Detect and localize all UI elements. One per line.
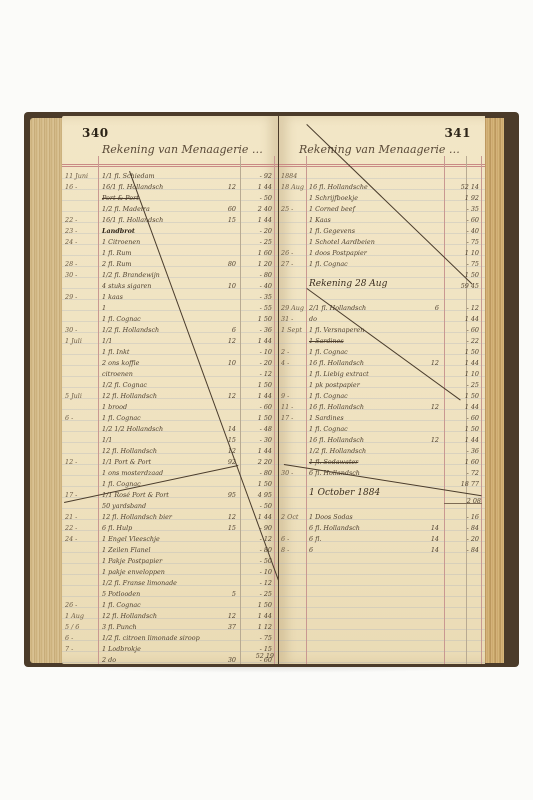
entry-quantity: 5 bbox=[212, 590, 236, 598]
entry-amount: 1 44 bbox=[242, 183, 272, 191]
right-page: 341 Rekening van Menaagerie … 188418 Aug… bbox=[279, 116, 485, 664]
entry-amount: 1 60 bbox=[445, 458, 479, 466]
entry-description: 1 Zeilen Flanel bbox=[102, 546, 151, 554]
ledger-row: 1 Zeilen Flanel- 80 bbox=[62, 545, 278, 556]
entry-description: 12 fl. Hollandsch bbox=[102, 612, 157, 620]
entry-description: 6 fl. bbox=[309, 535, 321, 543]
entry-description: 12 fl. Hollandsch bier bbox=[102, 513, 172, 521]
header-rule bbox=[279, 164, 485, 165]
ledger-row: 29 -1 kaas- 35 bbox=[62, 292, 278, 303]
ledger-row: 16 fl. Hollandsch121 44 bbox=[279, 435, 485, 446]
entry-amount: - 12 bbox=[242, 579, 272, 587]
entry-amount: - 84 bbox=[445, 524, 479, 532]
ledger-row: 1 fl. Liebig extract1 10 bbox=[279, 369, 485, 380]
entry-description: citroenen bbox=[102, 370, 133, 378]
entry-description: 1/2 1/2 Hollandsch bbox=[102, 425, 163, 433]
page-heading: Rekening van Menaagerie … bbox=[102, 143, 263, 156]
entry-description: 1 Kaas bbox=[309, 216, 331, 224]
entry-amount: - 92 bbox=[242, 172, 272, 180]
page-total: 2 08 bbox=[429, 496, 481, 507]
entry-amount: - 60 bbox=[445, 414, 479, 422]
entry-date: 26 - bbox=[65, 601, 95, 609]
entry-description: 2 fl. Rum bbox=[102, 260, 131, 268]
entry-amount: 1 92 bbox=[445, 194, 479, 202]
entry-date: 22 - bbox=[65, 524, 95, 532]
ledger-row: 22 -6 fl. Hulp15- 90 bbox=[62, 523, 278, 534]
entry-date: 18 Aug bbox=[281, 183, 311, 191]
header-rule bbox=[62, 164, 278, 165]
ledger-row: Port & Port- 50 bbox=[62, 193, 278, 204]
ledger-row: 5 Potlooden5- 25 bbox=[62, 589, 278, 600]
entry-amount: - 30 bbox=[242, 436, 272, 444]
entry-quantity: 14 bbox=[409, 546, 439, 554]
entry-amount: - 36 bbox=[445, 447, 479, 455]
entry-description: 1 fl. Versnaperen bbox=[309, 326, 364, 334]
entry-date: 23 - bbox=[65, 227, 95, 235]
entry-amount: - 50 bbox=[242, 502, 272, 510]
entry-date: 21 - bbox=[65, 513, 95, 521]
ledger-row: 1 fl. Sodawater1 60 bbox=[279, 457, 485, 468]
entry-description: 1/2 fl. citroen limonade siroop bbox=[102, 634, 200, 642]
entry-amount: - 20 bbox=[242, 359, 272, 367]
entry-quantity: 15 bbox=[212, 216, 236, 224]
entry-description: 1 Schotel Aardbeien bbox=[309, 238, 375, 246]
entry-date: 11 - bbox=[281, 403, 311, 411]
page-number: 341 bbox=[444, 126, 471, 140]
header-rule-double bbox=[279, 166, 485, 167]
entry-amount: - 35 bbox=[445, 205, 479, 213]
entry-description: 16 fl. Hollandsch bbox=[309, 403, 364, 411]
entry-date: 17 - bbox=[281, 414, 311, 422]
entry-quantity: 12 bbox=[409, 436, 439, 444]
ledger-row: 30 -6 fl. Hollandsch- 72 bbox=[279, 468, 485, 479]
ledger-entries: 11 Juni1/1 fl. Schiedam- 9216 -16/1 fl. … bbox=[62, 171, 278, 664]
entry-description: 1 fl. Cognac bbox=[102, 414, 141, 422]
ledger-row: 1 fl. Gegevens- 40 bbox=[279, 226, 485, 237]
ledger-row: 29 Aug2/1 fl. Hollandsch6- 12 bbox=[279, 303, 485, 314]
ledger-row: 1 Schotel Aardbeien- 75 bbox=[279, 237, 485, 248]
entry-quantity: 6 bbox=[409, 304, 439, 312]
ledger-row: 1/2 fl. Hollandsch- 36 bbox=[279, 446, 485, 457]
entry-amount: 1 50 bbox=[242, 381, 272, 389]
entry-description: 1/2 fl. Franse limonade bbox=[102, 579, 177, 587]
entry-amount: - 25 bbox=[242, 238, 272, 246]
entry-amount: 1 50 bbox=[242, 414, 272, 422]
entry-quantity: 60 bbox=[212, 205, 236, 213]
ledger-row: 25 -1 Corned beef- 35 bbox=[279, 204, 485, 215]
header-rule-double bbox=[62, 166, 278, 167]
entry-quantity: 15 bbox=[212, 436, 236, 444]
ledger-row: 17 -1 Sardines- 60 bbox=[279, 413, 485, 424]
entry-description: 16 fl. Hollandsche bbox=[309, 183, 368, 191]
entry-amount: 1 44 bbox=[242, 337, 272, 345]
entry-date: 2 Oct bbox=[281, 513, 311, 521]
entry-description: 1 fl. Rum bbox=[102, 249, 131, 257]
ledger-row: 22 -16/1 fl. Hollandsch151 44 bbox=[62, 215, 278, 226]
ledger-row: 1- 55 bbox=[62, 303, 278, 314]
entry-date: 2 - bbox=[281, 348, 311, 356]
entry-description: 12 fl. Hollandsch bbox=[102, 447, 157, 455]
entry-quantity: 14 bbox=[409, 524, 439, 532]
ledger-row: 4 -16 fl. Hollandsch121 44 bbox=[279, 358, 485, 369]
entry-description: 1 Schrijfboekje bbox=[309, 194, 358, 202]
entry-quantity: 12 bbox=[212, 337, 236, 345]
entry-quantity: 12 bbox=[212, 513, 236, 521]
entry-amount: - 12 bbox=[242, 370, 272, 378]
entry-description: 1 Lodbrokje bbox=[102, 645, 141, 653]
entry-description: 1 October 1884 bbox=[309, 488, 380, 498]
entry-description: 1 fl. Cognac bbox=[102, 601, 141, 609]
ledger-row: citroenen- 12 bbox=[62, 369, 278, 380]
entry-description: 6 fl. Hollandsch bbox=[309, 524, 360, 532]
entry-date: 28 - bbox=[65, 260, 95, 268]
entry-amount: - 80 bbox=[242, 271, 272, 279]
entry-amount: 1 44 bbox=[445, 436, 479, 444]
entry-description: 2 ons koffie bbox=[102, 359, 139, 367]
entry-description: 5 Potlooden bbox=[102, 590, 140, 598]
entry-description: 1/1 fl. Schiedam bbox=[102, 172, 155, 180]
entry-date: 6 - bbox=[65, 414, 95, 422]
entry-amount: - 12 bbox=[445, 304, 479, 312]
entry-description: 16/1 fl. Hollandsch bbox=[102, 183, 163, 191]
entry-amount: 18 77 bbox=[445, 480, 479, 488]
entry-description: 1 fl. Sodawater bbox=[309, 458, 358, 466]
ledger-row: 1/115- 30 bbox=[62, 435, 278, 446]
entry-description: 2 do bbox=[102, 656, 116, 664]
ledger-row: 1 Aug12 fl. Hollandsch121 44 bbox=[62, 611, 278, 622]
entry-amount: 1 44 bbox=[445, 403, 479, 411]
entry-date: 12 - bbox=[65, 458, 95, 466]
ledger-row: 26 -1 doos Postpapier1 10 bbox=[279, 248, 485, 259]
ledger-row: 5 Juli12 fl. Hollandsch121 44 bbox=[62, 391, 278, 402]
page-number: 340 bbox=[82, 126, 109, 140]
entry-description: Rekening 28 Aug bbox=[309, 279, 387, 289]
entry-date: 30 - bbox=[281, 469, 311, 477]
entry-amount: - 50 bbox=[242, 557, 272, 565]
entry-date: 26 - bbox=[281, 249, 311, 257]
entry-quantity: 12 bbox=[212, 183, 236, 191]
entry-description: 50 yardsband bbox=[102, 502, 146, 510]
ledger-row: 1 brood- 60 bbox=[62, 402, 278, 413]
entry-amount: 1 50 bbox=[242, 315, 272, 323]
entry-amount: - 20 bbox=[242, 227, 272, 235]
entry-quantity: 95 bbox=[212, 491, 236, 499]
ledger-row: 16 -16/1 fl. Hollandsch121 44 bbox=[62, 182, 278, 193]
entry-description: 6 fl. Hulp bbox=[102, 524, 132, 532]
entry-date: 11 Juni bbox=[65, 172, 95, 180]
entry-amount: - 22 bbox=[445, 337, 479, 345]
entry-description: 16 fl. Hollandsch bbox=[309, 436, 364, 444]
entry-amount: 2 40 bbox=[242, 205, 272, 213]
entry-amount: 1 44 bbox=[242, 216, 272, 224]
entry-amount: - 75 bbox=[445, 238, 479, 246]
entry-date: 29 - bbox=[65, 293, 95, 301]
ledger-row: 5 / 63 fl. Punch371 12 bbox=[62, 622, 278, 633]
entry-description: do bbox=[309, 315, 317, 323]
entry-amount: 1 20 bbox=[242, 260, 272, 268]
ledger-row: 50 yardsband- 50 bbox=[62, 501, 278, 512]
ledger-row: 24 -1 Engel Vleeschje- 12 bbox=[62, 534, 278, 545]
ledger-row: 1 ons mosterdzaad- 80 bbox=[62, 468, 278, 479]
ledger-row: 31 -do1 44 bbox=[279, 314, 485, 325]
ledger-row: 2 -1 fl. Cognac1 50 bbox=[279, 347, 485, 358]
ledger-row: 6 fl. Hollandsch14- 84 bbox=[279, 523, 485, 534]
entry-amount: - 16 bbox=[445, 513, 479, 521]
ledger-row: 30 -1/2 fl. Brandewijn- 80 bbox=[62, 270, 278, 281]
entry-date: 9 - bbox=[281, 392, 311, 400]
entry-description: 1 Engel Vleeschje bbox=[102, 535, 160, 543]
entry-date: 7 - bbox=[65, 645, 95, 653]
entry-amount: - 35 bbox=[242, 293, 272, 301]
entry-description: 4 stuks sigaren bbox=[102, 282, 151, 290]
ledger-row: 1/2 fl. Franse limonade- 12 bbox=[62, 578, 278, 589]
entry-date: 16 - bbox=[65, 183, 95, 191]
entry-description: 1 fl. Liebig extract bbox=[309, 370, 369, 378]
entry-quantity: 80 bbox=[212, 260, 236, 268]
entry-description: 1 fl. Inkt bbox=[102, 348, 130, 356]
entry-date: 1 Aug bbox=[65, 612, 95, 620]
ledger-row: 1/2 fl. Cognac1 50 bbox=[62, 380, 278, 391]
entry-amount: - 72 bbox=[445, 469, 479, 477]
entry-description: 1 Pakje Postpapier bbox=[102, 557, 162, 565]
entry-amount: 1 44 bbox=[242, 612, 272, 620]
ledger-row: 24 -1 Citroenen- 25 bbox=[62, 237, 278, 248]
entry-description: 12 fl. Hollandsch bbox=[102, 392, 157, 400]
ledger-row: 1884 bbox=[279, 171, 485, 182]
entry-amount: - 36 bbox=[242, 326, 272, 334]
ledger-row: 2 Oct1 Doos Sodas- 16 bbox=[279, 512, 485, 523]
entry-amount: 1 12 bbox=[242, 623, 272, 631]
entry-quantity: 10 bbox=[212, 359, 236, 367]
entry-amount: - 40 bbox=[445, 227, 479, 235]
entry-description: Port & Port bbox=[102, 194, 139, 202]
entry-amount: - 40 bbox=[242, 282, 272, 290]
ledger-row: 1 Sept1 fl. Versnaperen- 60 bbox=[279, 325, 485, 336]
entry-description: 1 fl. Cognac bbox=[309, 425, 348, 433]
ledger-row: 8 -614- 84 bbox=[279, 545, 485, 556]
entry-amount: - 25 bbox=[445, 381, 479, 389]
ledger-row: 1 fl. Cognac1 50 bbox=[62, 314, 278, 325]
entry-amount: - 80 bbox=[242, 469, 272, 477]
entry-date: 6 - bbox=[65, 634, 95, 642]
entry-amount: - 60 bbox=[445, 216, 479, 224]
entry-amount: 1 50 bbox=[445, 348, 479, 356]
entry-amount: 52 14 bbox=[445, 183, 479, 191]
left-page: 340 Rekening van Menaagerie … 11 Juni1/1… bbox=[62, 116, 278, 664]
entry-date: 30 - bbox=[65, 271, 95, 279]
entry-date: 1 Juli bbox=[65, 337, 95, 345]
entry-description: 1/2 fl. Cognac bbox=[102, 381, 147, 389]
page-edges-right bbox=[482, 118, 504, 663]
entry-description: 1 fl. Cognac bbox=[102, 315, 141, 323]
ledger-row: 12 -1/1 Port & Port922 20 bbox=[62, 457, 278, 468]
entry-description: 1 pakje enveloppen bbox=[102, 568, 165, 576]
entry-amount: 1 44 bbox=[445, 315, 479, 323]
entry-description: 1/2 fl. Brandewijn bbox=[102, 271, 160, 279]
entry-quantity: 15 bbox=[212, 524, 236, 532]
ledger-row: 11 -16 fl. Hollandsch121 44 bbox=[279, 402, 485, 413]
ledger-row: 18 Aug16 fl. Hollandsche52 14 bbox=[279, 182, 485, 193]
entry-description: 16/1 fl. Hollandsch bbox=[102, 216, 163, 224]
page-heading: Rekening van Menaagerie … bbox=[299, 143, 460, 156]
entry-description: 1 Doos Sodas bbox=[309, 513, 353, 521]
entry-amount: 1 10 bbox=[445, 370, 479, 378]
entry-date: 24 - bbox=[65, 238, 95, 246]
ledger-row: 2 ons koffie10- 20 bbox=[62, 358, 278, 369]
entry-description: 1 Sardines bbox=[309, 337, 344, 345]
ledger-row: 6 -1 fl. Cognac1 50 bbox=[62, 413, 278, 424]
entry-date: 30 - bbox=[65, 326, 95, 334]
entry-date: 27 - bbox=[281, 260, 311, 268]
entry-description: 1 pk postpapier bbox=[309, 381, 360, 389]
entry-description: 1/1 bbox=[102, 436, 112, 444]
entry-amount: 2 20 bbox=[242, 458, 272, 466]
entry-description: 1 Sardines bbox=[309, 414, 344, 422]
ledger-row: 1/2 fl. Madeira602 40 bbox=[62, 204, 278, 215]
entry-quantity: 37 bbox=[212, 623, 236, 631]
entry-amount: - 20 bbox=[445, 535, 479, 543]
ledger-row: 1 fl. Cognac1 50 bbox=[279, 424, 485, 435]
entry-description: 1/1 bbox=[102, 337, 112, 345]
ledger-row bbox=[279, 292, 485, 303]
ledger-row: 1/2 1/2 Hollandsch14- 48 bbox=[62, 424, 278, 435]
ledger-row: 1 fl. Rum1 60 bbox=[62, 248, 278, 259]
entry-amount: - 60 bbox=[242, 403, 272, 411]
entry-amount: 1 44 bbox=[445, 359, 479, 367]
entry-quantity: 6 bbox=[212, 326, 236, 334]
entry-description: 1 Citroenen bbox=[102, 238, 140, 246]
entry-amount: - 75 bbox=[242, 634, 272, 642]
entry-amount: 59 45 bbox=[445, 282, 479, 290]
entry-amount: - 10 bbox=[242, 568, 272, 576]
ledger-row: 26 -1 fl. Cognac1 50 bbox=[62, 600, 278, 611]
entry-amount: 1 50 bbox=[242, 601, 272, 609]
entry-quantity: 10 bbox=[212, 282, 236, 290]
page-total: 52 19 bbox=[240, 651, 274, 662]
entry-amount: 1 10 bbox=[445, 249, 479, 257]
entry-quantity: 12 bbox=[212, 392, 236, 400]
ledger-row: 6 -6 fl.14- 20 bbox=[279, 534, 485, 545]
entry-description: 1 doos Postpapier bbox=[309, 249, 367, 257]
ledger-row: 1 Kaas- 60 bbox=[279, 215, 485, 226]
entry-amount: 1 44 bbox=[242, 392, 272, 400]
entry-date: 6 - bbox=[281, 535, 311, 543]
entry-date: 29 Aug bbox=[281, 304, 311, 312]
entry-amount: 1 60 bbox=[242, 249, 272, 257]
ledger-row: 1 Pakje Postpapier- 50 bbox=[62, 556, 278, 567]
entry-amount: 1 50 bbox=[242, 480, 272, 488]
entry-date: 1 Sept bbox=[281, 326, 311, 334]
entry-description: 6 bbox=[309, 546, 313, 554]
ledger-row: 1 Juli1/1121 44 bbox=[62, 336, 278, 347]
entry-date: 31 - bbox=[281, 315, 311, 323]
ledger-row: 30 -1/2 fl. Hollandsch6- 36 bbox=[62, 325, 278, 336]
entry-date: 25 - bbox=[281, 205, 311, 213]
entry-description: 1/2 fl. Hollandsch bbox=[309, 447, 366, 455]
entry-description: Landbrot bbox=[102, 227, 135, 235]
ledger-row: 21 -12 fl. Hollandsch bier121 44 bbox=[62, 512, 278, 523]
entry-description: 1 kaas bbox=[102, 293, 123, 301]
entry-amount: - 50 bbox=[242, 194, 272, 202]
ledger-row: 28 -2 fl. Rum801 20 bbox=[62, 259, 278, 270]
entry-amount: - 48 bbox=[242, 425, 272, 433]
ledger-row: 1 fl. Inkt- 10 bbox=[62, 347, 278, 358]
entry-amount: 1 50 bbox=[445, 425, 479, 433]
ledger-row: 12 fl. Hollandsch121 44 bbox=[62, 446, 278, 457]
entry-quantity: 12 bbox=[409, 403, 439, 411]
entry-amount: - 60 bbox=[445, 326, 479, 334]
entry-amount: - 25 bbox=[242, 590, 272, 598]
entry-amount: - 55 bbox=[242, 304, 272, 312]
entry-description: 1 fl. Cognac bbox=[309, 348, 348, 356]
entry-description: 1 fl. Gegevens bbox=[309, 227, 355, 235]
entry-amount: - 84 bbox=[445, 546, 479, 554]
ledger-row: 11 Juni1/1 fl. Schiedam- 92 bbox=[62, 171, 278, 182]
entry-date: 5 / 6 bbox=[65, 623, 95, 631]
entry-description: 1/1 Port & Port bbox=[102, 458, 151, 466]
entry-description: 1 bbox=[102, 304, 106, 312]
entry-date: 1884 bbox=[281, 172, 311, 180]
entry-description: 3 fl. Punch bbox=[102, 623, 137, 631]
entry-quantity: 12 bbox=[212, 612, 236, 620]
ledger-row: 6 -1/2 fl. citroen limonade siroop- 75 bbox=[62, 633, 278, 644]
entry-description: 1 brood bbox=[102, 403, 127, 411]
entry-date: 4 - bbox=[281, 359, 311, 367]
ledger-row: 1 pk postpapier- 25 bbox=[279, 380, 485, 391]
ledger-row: 23 -Landbrot- 20 bbox=[62, 226, 278, 237]
entry-date: 24 - bbox=[65, 535, 95, 543]
entry-description: 1 ons mosterdzaad bbox=[102, 469, 163, 477]
entry-description: 1 Corned beef bbox=[309, 205, 355, 213]
entry-amount: 1 44 bbox=[242, 447, 272, 455]
entry-description: 1 fl. Cognac bbox=[309, 392, 348, 400]
entry-amount: - 12 bbox=[242, 535, 272, 543]
entry-quantity: 92 bbox=[212, 458, 236, 466]
entry-description: 16 fl. Hollandsch bbox=[309, 359, 364, 367]
entry-description: 1/2 fl. Hollandsch bbox=[102, 326, 159, 334]
entry-quantity: 30 bbox=[212, 656, 236, 664]
entry-date: 8 - bbox=[281, 546, 311, 554]
entry-date: 5 Juli bbox=[65, 392, 95, 400]
ledger-row: 1 pakje enveloppen- 10 bbox=[62, 567, 278, 578]
entry-amount: - 10 bbox=[242, 348, 272, 356]
entry-description: 1 fl. Cognac bbox=[309, 260, 348, 268]
entry-quantity: 14 bbox=[409, 535, 439, 543]
entry-date: 22 - bbox=[65, 216, 95, 224]
